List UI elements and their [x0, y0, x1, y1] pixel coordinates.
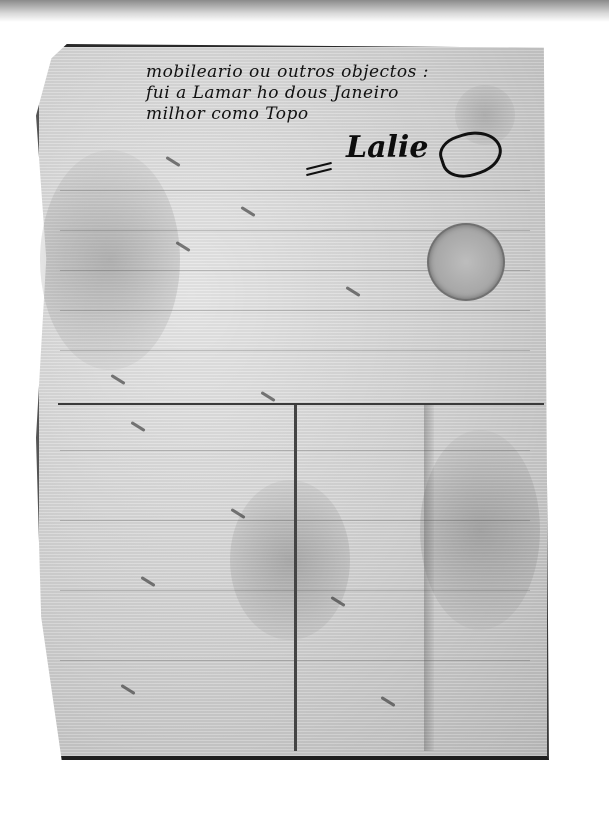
bleed-through-line [60, 310, 530, 311]
handwritten-line-1: mobileario ou outros objectos : [146, 62, 429, 82]
signature: Lalie [346, 130, 428, 165]
bleed-through-line [60, 350, 530, 351]
bleed-through-line [60, 190, 530, 191]
vertical-fold-line [294, 405, 297, 751]
scanner-edge-shadow [0, 0, 609, 22]
paper-stain [420, 430, 540, 630]
embossed-seal [427, 223, 505, 301]
paper-stain [230, 480, 350, 640]
horizontal-fold-line [58, 403, 544, 405]
handwritten-line-3: milhor como Topo [146, 104, 309, 124]
handwritten-line-2: fui a Lamar ho dous Janeiro [146, 83, 399, 103]
paper-stain [40, 150, 180, 370]
vertical-fold-shadow [424, 405, 434, 751]
